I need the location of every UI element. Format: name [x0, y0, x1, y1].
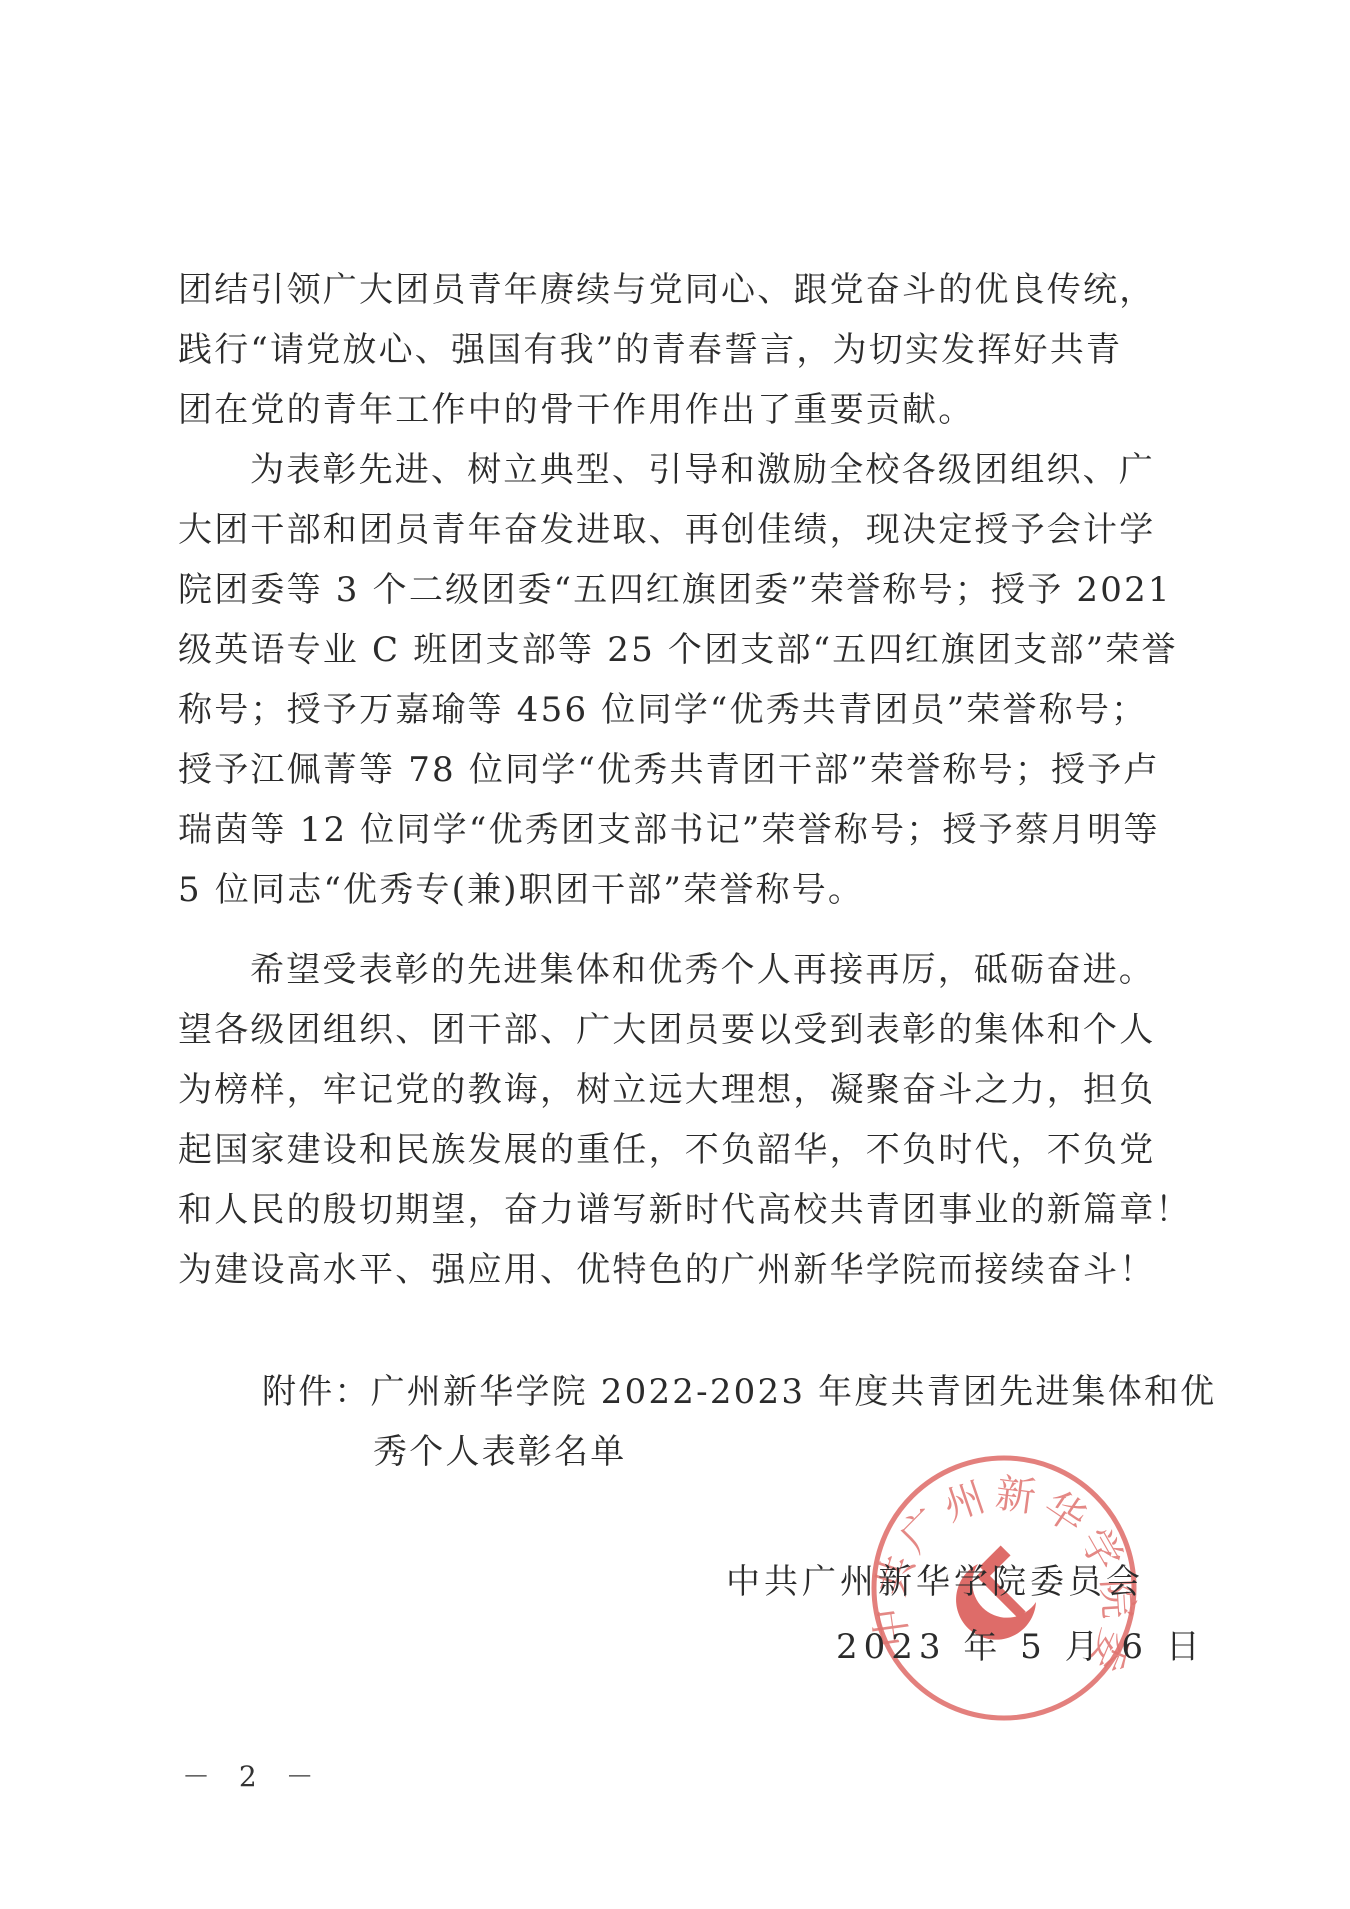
body-line: 践行“请党放心、强国有我”的青春誓言，为切实发挥好共青 — [178, 330, 1178, 370]
body-line: 团结引领广大团员青年赓续与党同心、跟党奋斗的优良传统， — [178, 270, 1178, 310]
body-line: 和人民的殷切期望，奋力谱写新时代高校共青团事业的新篇章！ — [178, 1190, 1178, 1230]
document-page: 团结引领广大团员青年赓续与党同心、跟党奋斗的优良传统， 践行“请党放心、强国有我… — [0, 0, 1350, 1909]
body-line: 瑞茵等 12 位同学“优秀团支部书记”荣誉称号；授予蔡月明等 — [178, 810, 1178, 850]
body-line: 院团委等 3 个二级团委“五四红旗团委”荣誉称号；授予 2021 — [178, 570, 1178, 610]
page-number: － 2 － — [182, 1755, 324, 1795]
attachment-line: 秀个人表彰名单 — [373, 1432, 1350, 1472]
body-line: 望各级团组织、团干部、广大团员要以受到表彰的集体和个人 — [178, 1010, 1178, 1050]
body-line: 起国家建设和民族发展的重任，不负韶华，不负时代，不负党 — [178, 1130, 1178, 1170]
signature-org: 中共广州新华学院委员会 — [726, 1562, 1350, 1602]
body-line: 5 位同志“优秀专(兼)职团干部”荣誉称号。 — [178, 870, 1178, 910]
body-line: 为建设高水平、强应用、优特色的广州新华学院而接续奋斗！ — [178, 1250, 1178, 1290]
body-line: 为榜样，牢记党的教诲，树立远大理想，凝聚奋斗之力，担负 — [178, 1070, 1178, 1110]
body-line: 称号；授予万嘉瑜等 456 位同学“优秀共青团员”荣誉称号； — [178, 690, 1178, 730]
body-line: 团在党的青年工作中的骨干作用作出了重要贡献。 — [178, 390, 1178, 430]
body-line: 级英语专业 C 班团支部等 25 个团支部“五四红旗团支部”荣誉 — [178, 630, 1178, 670]
body-line: 为表彰先进、树立典型、引导和激励全校各级团组织、广 — [250, 450, 1250, 490]
body-line: 大团干部和团员青年奋发进取、再创佳绩，现决定授予会计学 — [178, 510, 1178, 550]
signature-date: 2023 年 5 月 6 日 — [836, 1627, 1350, 1667]
body-line: 授予江佩菁等 78 位同学“优秀共青团干部”荣誉称号；授予卢 — [178, 750, 1178, 790]
attachment-line: 附件：广州新华学院 2022-2023 年度共青团先进集体和优 — [262, 1372, 1262, 1412]
body-line: 希望受表彰的先进集体和优秀个人再接再厉，砥砺奋进。 — [250, 950, 1250, 990]
